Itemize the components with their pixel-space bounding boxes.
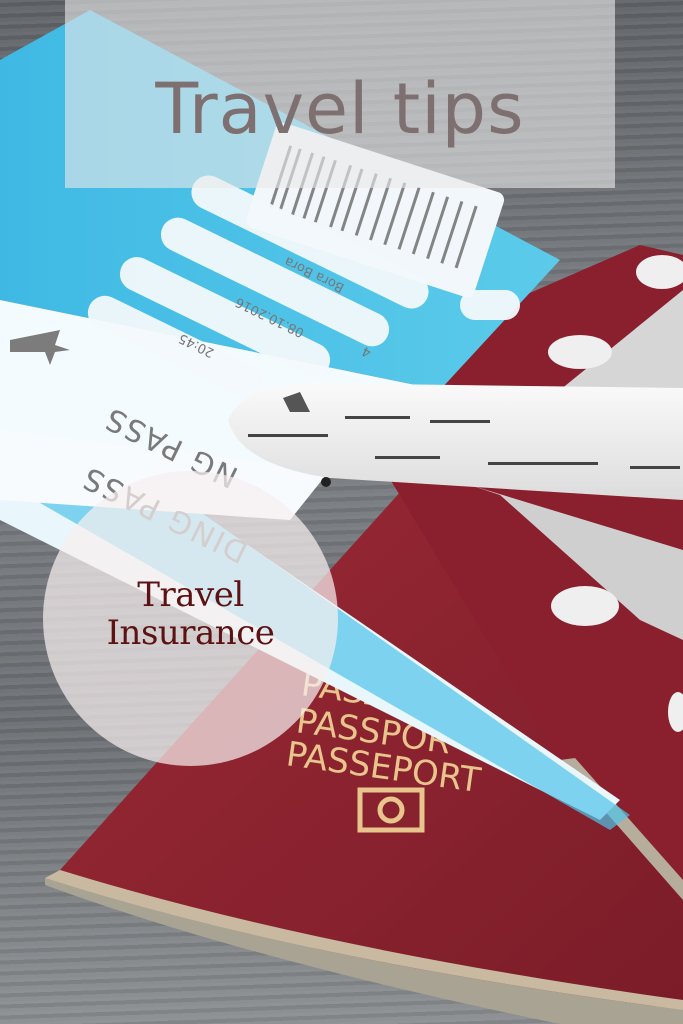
page-title: Travel tips <box>155 68 524 150</box>
topic-badge: Travel Insurance <box>43 471 338 766</box>
title-banner: Travel tips <box>65 0 615 188</box>
topic-badge-line-1: Travel <box>137 576 243 614</box>
pin-image: PASZP PASSPOR PASSEPORT <box>0 0 683 1024</box>
topic-badge-line-2: Insurance <box>107 614 275 652</box>
